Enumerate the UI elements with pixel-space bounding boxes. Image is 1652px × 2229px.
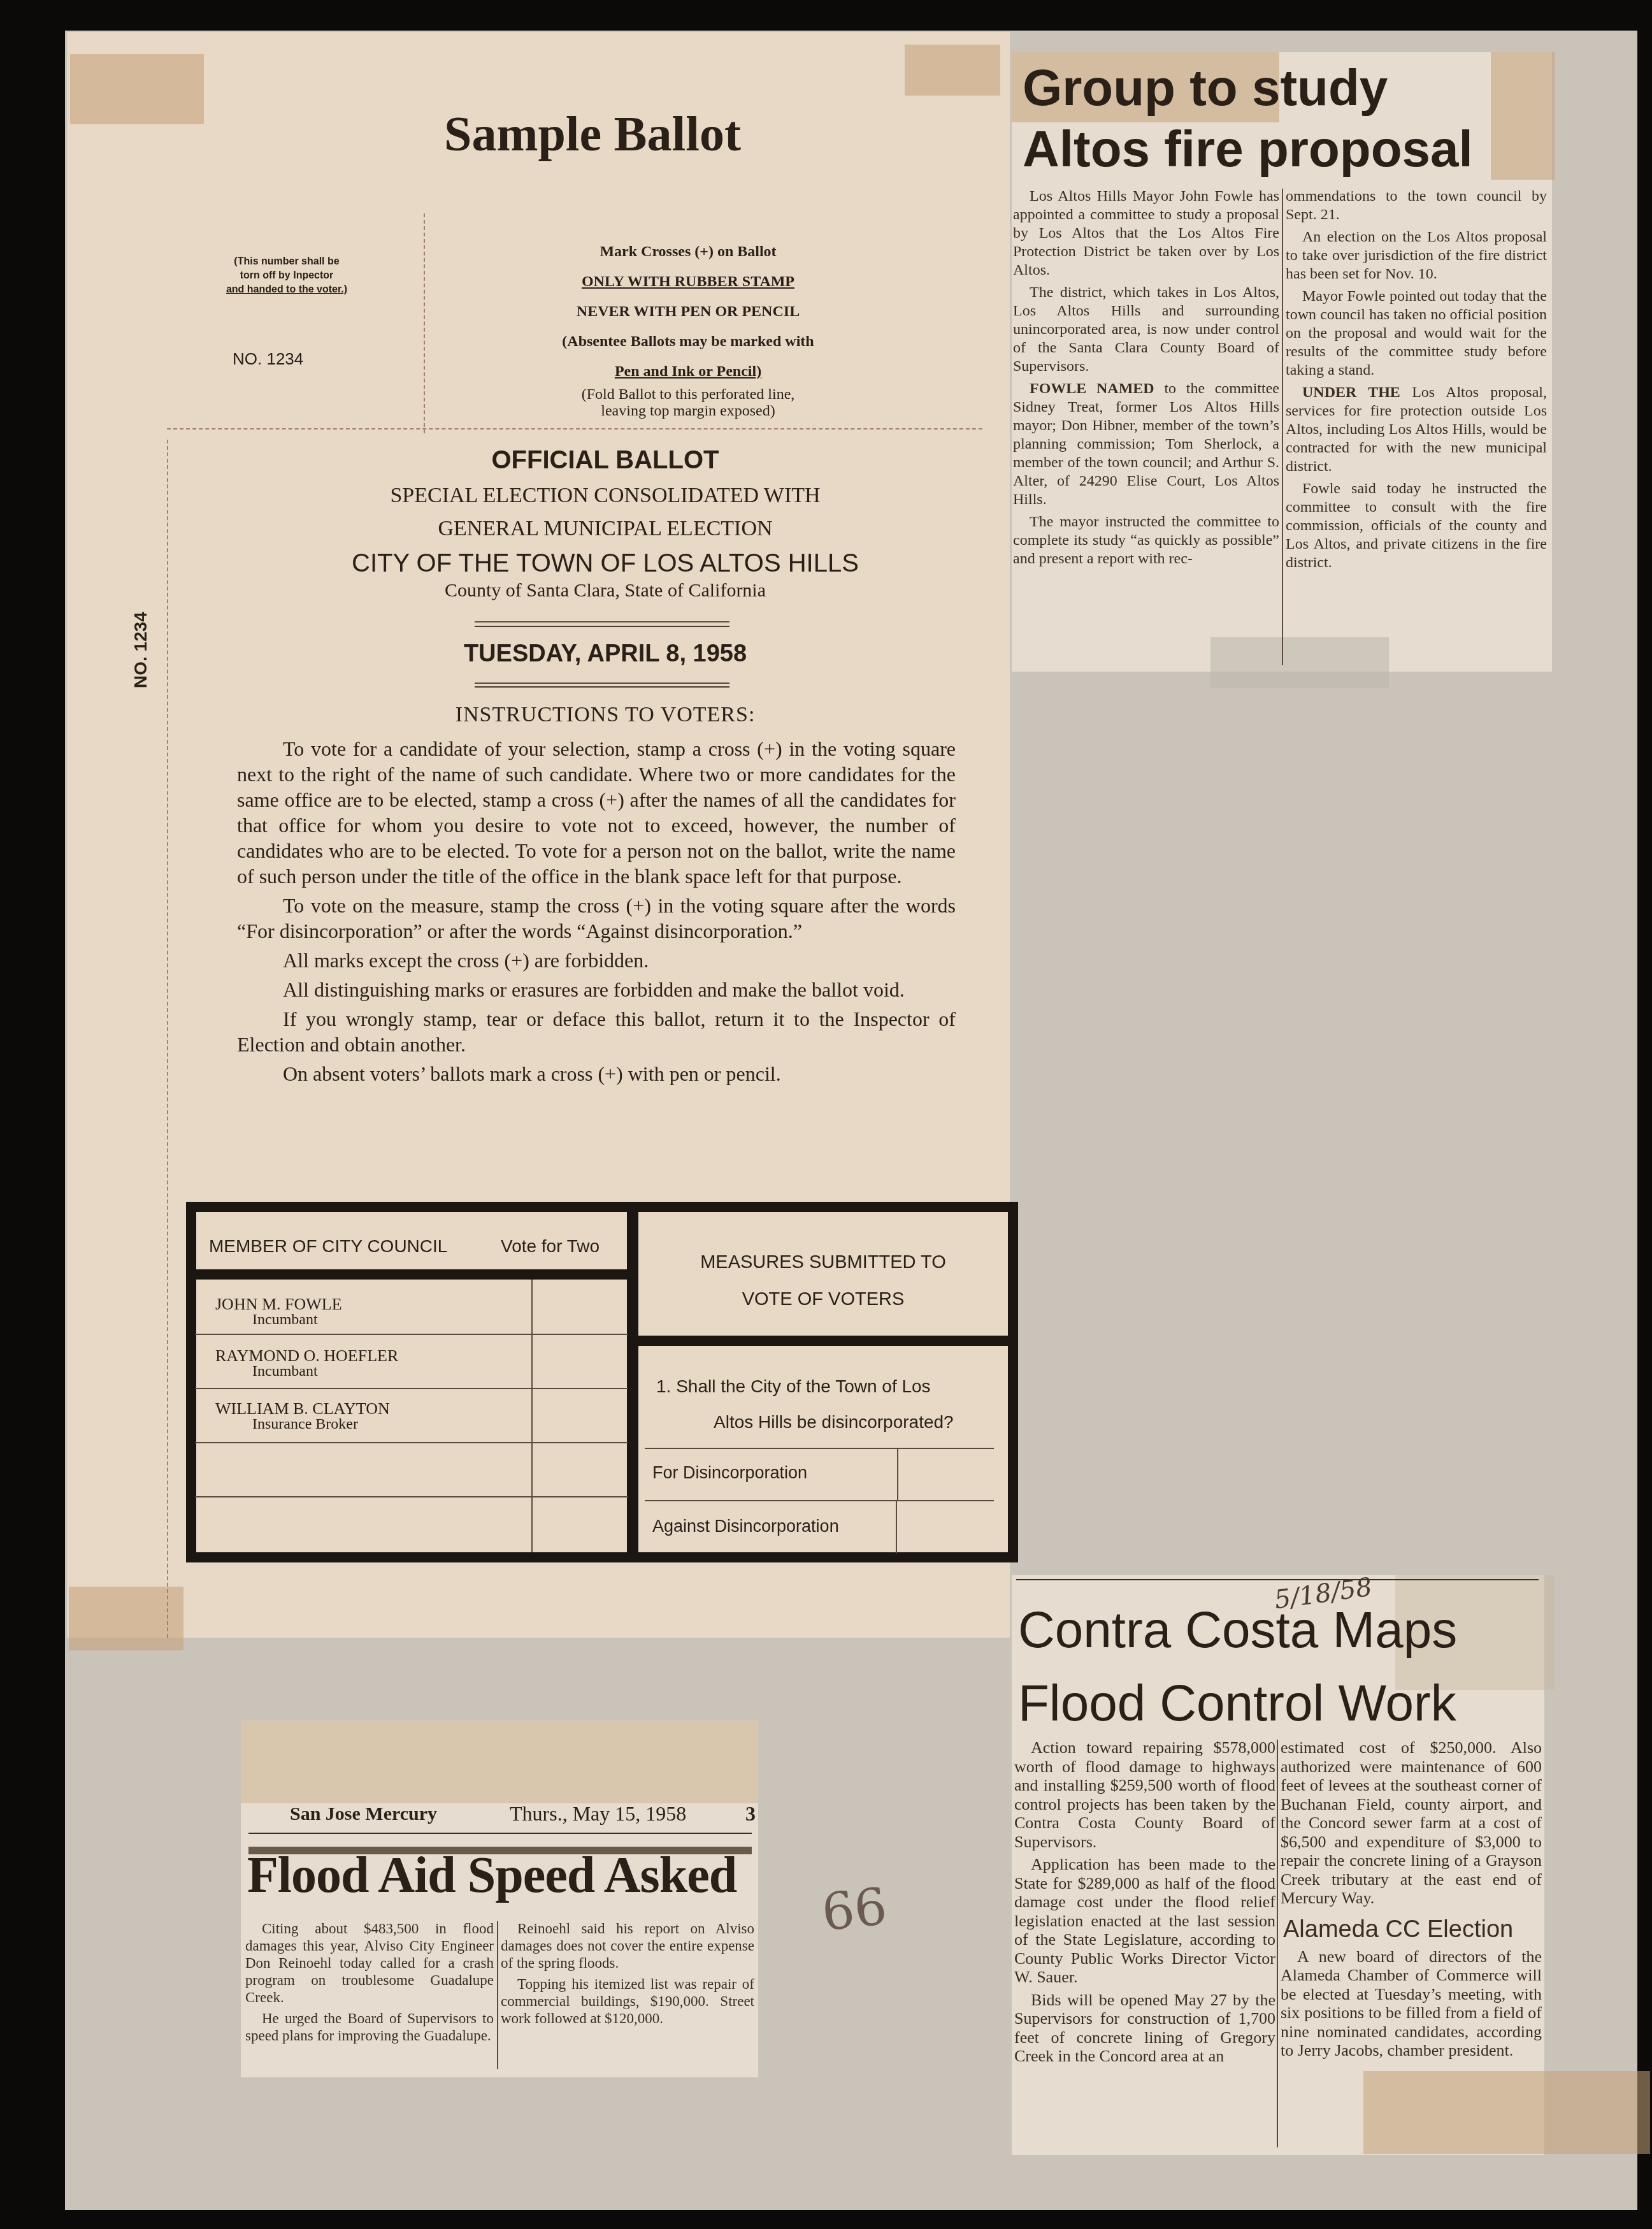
column-rule	[1282, 189, 1283, 665]
vote-square[interactable]	[531, 1388, 628, 1442]
election-line: SPECIAL ELECTION CONSOLIDATED WITH	[255, 479, 956, 512]
tape-strip	[70, 54, 204, 124]
flood-aid-column-1: Citing about $483,500 in flood damages t…	[245, 1920, 494, 2048]
fire-headline: Group to study Altos fire proposal	[1023, 57, 1545, 180]
headline-line: Flood Control Work	[1018, 1666, 1541, 1740]
paragraph: Citing about $483,500 in flood damages t…	[245, 1920, 494, 2006]
paragraph-lead: FOWLE NAMED	[1030, 380, 1154, 397]
paragraph: Los Altos Hills Mayor John Fowle has app…	[1013, 187, 1279, 280]
column-rule	[497, 1921, 498, 2069]
instructions-heading: INSTRUCTIONS TO VOTERS:	[287, 703, 924, 727]
perforation-line	[167, 428, 982, 429]
perforation-line	[424, 213, 425, 433]
page-number: 3	[745, 1802, 756, 1826]
headline-line: Altos fire proposal	[1023, 119, 1545, 180]
headline-line: Group to study	[1023, 57, 1545, 119]
rule	[475, 682, 729, 688]
subheadline: Alameda CC Election	[1283, 1912, 1542, 1947]
fold-note-line: (Fold Ballot to this perforated line,	[459, 386, 917, 403]
measures-heading-line: MEASURES SUBMITTED TO	[638, 1244, 1008, 1281]
paragraph: Fowle said today he instructed the commi…	[1286, 480, 1547, 572]
county-name: County of Santa Clara, State of Californ…	[255, 580, 956, 602]
measures-heading-line: VOTE OF VOTERS	[638, 1281, 1008, 1318]
candidate-list: JOHN M. FOWLE Incumbant RAYMOND O. HOEFL…	[195, 1280, 628, 1552]
tape-strip	[69, 1587, 183, 1650]
candidate-row: WILLIAM B. CLAYTON Insurance Broker	[195, 1388, 628, 1443]
paragraph: A new board of directors of the Alameda …	[1281, 1947, 1542, 2060]
marking-rule: ONLY WITH RUBBER STAMP	[446, 267, 930, 297]
fire-column-2: ommendations to the town council by Sept…	[1286, 187, 1547, 576]
rule	[1016, 1579, 1539, 1580]
handwritten-page-number: 66	[819, 1877, 889, 1942]
perforation-line	[167, 440, 168, 1638]
measure-option-label: For Disincorporation	[652, 1463, 807, 1483]
paragraph: Action toward repairing $578,000 worth o…	[1014, 1738, 1275, 1851]
vote-square[interactable]	[531, 1442, 628, 1496]
column-rule	[1277, 1740, 1278, 2147]
paragraph: estimated cost of $250,000. Also authori…	[1281, 1738, 1542, 1908]
contra-costa-column-1: Action toward repairing $578,000 worth o…	[1014, 1738, 1275, 2070]
headline-line: Contra Costa Maps	[1018, 1593, 1541, 1666]
fold-note-line: leaving top margin exposed)	[459, 403, 917, 419]
vote-for-count: Vote for Two	[501, 1236, 600, 1257]
marking-rules: Mark Crosses (+) on Ballot ONLY WITH RUB…	[446, 237, 930, 387]
grid-divider	[627, 1202, 638, 1562]
tape-strip	[241, 1720, 758, 1803]
rule	[248, 1833, 752, 1834]
paragraph: Bids will be opened May 27 by the Superv…	[1014, 1991, 1275, 2066]
vote-square[interactable]	[896, 1501, 993, 1554]
ballot-title: Sample Ballot	[357, 105, 828, 162]
city-name: CITY OF THE TOWN OF LOS ALTOS HILLS	[255, 549, 956, 578]
instruction-paragraph: If you wrongly stamp, tear or deface thi…	[237, 1006, 956, 1057]
marking-rule: NEVER WITH PEN OR PENCIL	[446, 297, 930, 327]
election-title: SPECIAL ELECTION CONSOLIDATED WITH GENER…	[255, 479, 956, 545]
instruction-paragraph: On absent voters’ ballots mark a cross (…	[237, 1061, 956, 1086]
vote-square[interactable]	[531, 1280, 628, 1334]
paragraph: Topping his itemized list was repair of …	[501, 1975, 754, 2027]
candidate-occupation: Insurance Broker	[252, 1416, 358, 1433]
tape-strip	[1363, 2071, 1650, 2154]
measure-option-row: For Disincorporation	[645, 1448, 994, 1501]
flood-aid-column-2: Reinoehl said his report on Alviso damag…	[501, 1920, 754, 2031]
vote-square[interactable]	[897, 1449, 994, 1501]
stub-number: NO. 1234	[233, 349, 303, 369]
measure-option-row: Against Disincorporation	[645, 1500, 994, 1554]
paragraph: Mayor Fowle pointed out today that the t…	[1286, 287, 1547, 380]
stub-note-line: torn off by Inpector	[191, 269, 382, 283]
measures-heading: MEASURES SUBMITTED TO VOTE OF VOTERS	[638, 1244, 1008, 1318]
side-number: NO. 1234	[131, 612, 151, 688]
candidate-occupation: Incumbant	[252, 1311, 318, 1329]
write-in-row[interactable]	[195, 1442, 628, 1497]
instruction-paragraph: To vote on the measure, stamp the cross …	[237, 893, 956, 944]
vote-square[interactable]	[531, 1334, 628, 1388]
paragraph: to the committee Sidney Treat, former Lo…	[1013, 380, 1279, 508]
grid-bar	[638, 1336, 1008, 1346]
marking-rule: Pen and Ink or Pencil)	[446, 357, 930, 387]
paragraph: Reinoehl said his report on Alviso damag…	[501, 1920, 754, 1972]
paragraph: The district, which takes in Los Altos, …	[1013, 284, 1279, 376]
measure-question-line: 1. Shall the City of the Town of Los	[656, 1369, 1000, 1404]
paragraph: The mayor instructed the committee to co…	[1013, 513, 1279, 568]
fold-note: (Fold Ballot to this perforated line, le…	[459, 386, 917, 419]
vote-square[interactable]	[531, 1496, 628, 1552]
rule	[475, 621, 729, 627]
tape-strip	[905, 45, 1000, 96]
dateline: Thurs., May 15, 1958	[510, 1802, 686, 1826]
candidate-row: JOHN M. FOWLE Incumbant	[195, 1280, 628, 1335]
paragraph: He urged the Board of Supervisors to spe…	[245, 2010, 494, 2044]
instruction-paragraph: All distinguishing marks or erasures are…	[237, 977, 956, 1002]
election-line: GENERAL MUNICIPAL ELECTION	[255, 512, 956, 545]
stub-note: (This number shall be torn off by Inpect…	[191, 255, 382, 297]
fire-column-1: Los Altos Hills Mayor John Fowle has app…	[1013, 187, 1279, 572]
paragraph: Application has been made to the State f…	[1014, 1855, 1275, 1987]
instruction-paragraph: To vote for a candidate of your selectio…	[237, 736, 956, 889]
marking-rule: (Absentee Ballots may be marked with	[446, 327, 930, 357]
write-in-row[interactable]	[195, 1496, 628, 1552]
stub-note-line: and handed to the voter.)	[191, 283, 382, 297]
candidate-occupation: Incumbant	[252, 1363, 318, 1380]
marking-rule: Mark Crosses (+) on Ballot	[446, 237, 930, 267]
paragraph: An election on the Los Altos proposal to…	[1286, 228, 1547, 284]
official-ballot-heading: OFFICIAL BALLOT	[287, 446, 924, 475]
tape-strip	[1210, 637, 1389, 688]
instruction-paragraph: All marks except the cross (+) are forbi…	[237, 948, 956, 973]
election-date: TUESDAY, APRIL 8, 1958	[287, 640, 924, 668]
contra-costa-column-2: estimated cost of $250,000. Also authori…	[1281, 1738, 1542, 2064]
council-office: MEMBER OF CITY COUNCIL	[209, 1236, 447, 1257]
contra-costa-headline: Contra Costa Maps Flood Control Work	[1018, 1593, 1541, 1740]
masthead: San Jose Mercury	[290, 1803, 437, 1825]
paragraph-lead: UNDER THE	[1302, 384, 1400, 401]
voter-instructions: To vote for a candidate of your selectio…	[237, 736, 956, 1090]
grid-bar	[195, 1269, 628, 1280]
paragraph: ommendations to the town council by Sept…	[1286, 187, 1547, 224]
stub-note-line: (This number shall be	[191, 255, 382, 269]
measure-option-label: Against Disincorporation	[652, 1517, 839, 1536]
flood-aid-headline: Flood Aid Speed Asked	[247, 1847, 736, 1904]
candidate-row: RAYMOND O. HOEFLER Incumbant	[195, 1334, 628, 1389]
measure-question: 1. Shall the City of the Town of Los Alt…	[656, 1369, 1000, 1440]
measure-question-line: Altos Hills be disincorporated?	[656, 1404, 1000, 1440]
